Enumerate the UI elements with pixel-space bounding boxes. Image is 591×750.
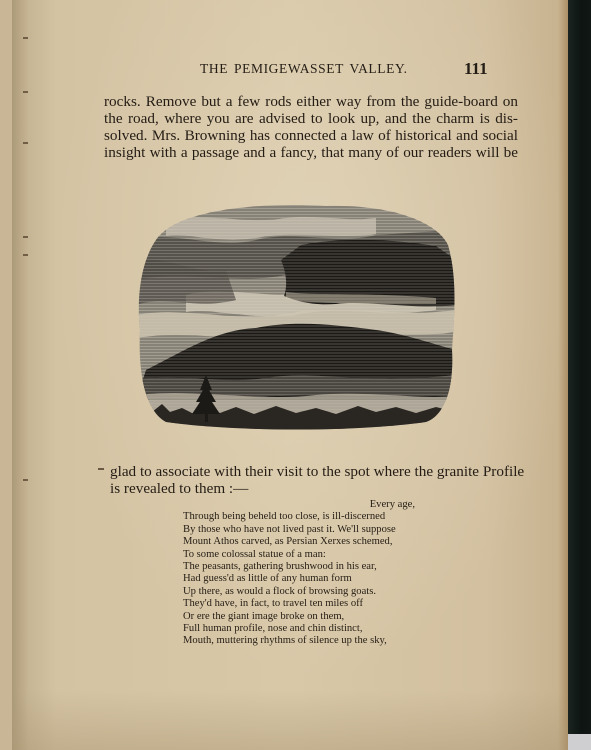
verse-line: By those who have not lived past it. We'… (183, 524, 423, 536)
verse-quotation: Every age, Through being beheld too clos… (183, 499, 423, 648)
verse-line: To some colossal statue of a man: (183, 549, 423, 561)
verse-line: Or ere the giant image broke on them, (183, 611, 423, 623)
margin-mark (98, 468, 104, 470)
verse-line: The peasants, gathering brushwood in his… (183, 561, 423, 573)
text-line: rocks. Remove but a few rods either way … (104, 93, 518, 110)
book-photo: THE PEMIGEWASSET VALLEY. 111 rocks. Remo… (0, 0, 591, 750)
text-line: the road, where you are advised to look … (104, 110, 518, 127)
verse-line: Full human profile, nose and chin distin… (183, 623, 423, 635)
running-head: THE PEMIGEWASSET VALLEY. (200, 61, 408, 77)
text-line: glad to associate with their visit to th… (110, 463, 516, 480)
text-line: solved. Mrs. Browning has connected a la… (104, 127, 518, 144)
verse-line: Mount Athos carved, as Persian Xerxes sc… (183, 536, 423, 548)
verse-line: They'd have, in fact, to travel ten mile… (183, 598, 423, 610)
page-gutter (12, 0, 28, 750)
binding-stitch (23, 37, 28, 39)
book-cover-edge (568, 0, 591, 750)
binding-stitch (23, 91, 28, 93)
binding-stitch (23, 236, 28, 238)
verse-line: Every age, (183, 499, 423, 511)
paragraph-1: rocks. Remove but a few rods either way … (104, 93, 518, 161)
verse-line: Had guess'd as little of any human form (183, 573, 423, 585)
background-surface (568, 734, 591, 750)
verse-line: Up there, as would a flock of browsing g… (183, 586, 423, 598)
binding-stitch (23, 479, 28, 481)
paragraph-2: glad to associate with their visit to th… (110, 463, 516, 497)
verse-line: Mouth, muttering rhythms of silence up t… (183, 635, 423, 647)
page-edge-shadow (558, 0, 568, 750)
binding-stitch (23, 254, 28, 256)
text-line: insight with a passage and a fancy, that… (104, 144, 518, 161)
text-line: is revealed to them :— (110, 480, 516, 497)
page-number: 111 (464, 59, 488, 79)
page-fold-shadow (12, 690, 568, 750)
binding-stitch (23, 142, 28, 144)
mountain-engraving-illustration (136, 200, 456, 430)
verse-line: Through being beheld too close, is ill-d… (183, 511, 423, 523)
